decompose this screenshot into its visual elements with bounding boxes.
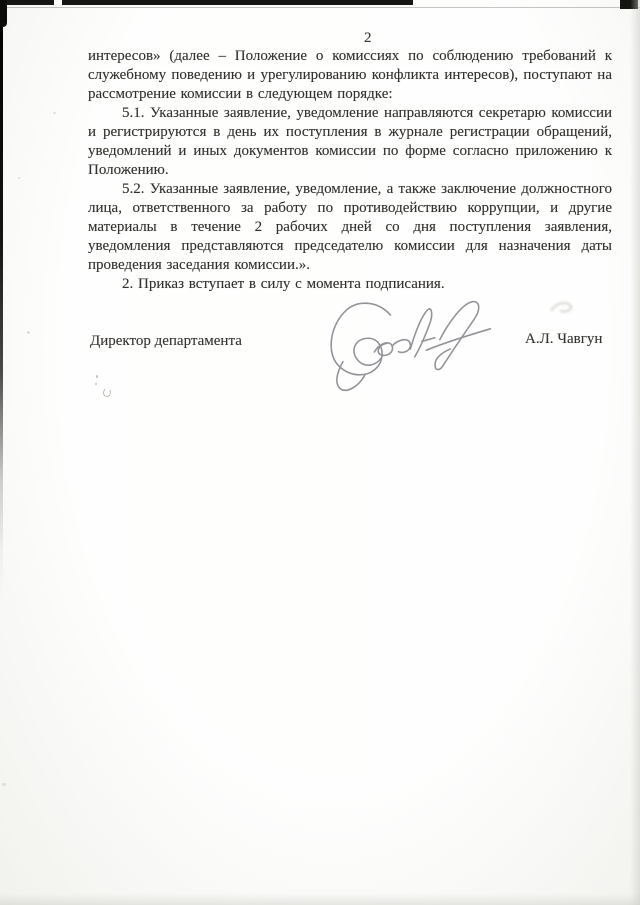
- document-body: интересов» (далее – Положение о комиссия…: [88, 47, 612, 294]
- paragraph-5-1: 5.1. Указанные заявление, уведомление на…: [88, 104, 612, 180]
- scan-edge-top-line: [0, 7, 640, 8]
- paragraph-order: 2. Приказ вступает в силу с момента подп…: [88, 275, 612, 294]
- scan-edge-bottom-shade: [0, 893, 640, 905]
- scan-edge-right-shade: [630, 0, 640, 905]
- scan-speck: [95, 383, 97, 385]
- page-number: 2: [364, 30, 372, 47]
- scan-speck: [53, 112, 56, 114]
- ink-smudge: [548, 299, 578, 317]
- scanned-document-page: 2 интересов» (далее – Положение о комисс…: [0, 0, 640, 905]
- scan-speck-curl: [102, 387, 112, 397]
- scan-speck: [27, 331, 30, 334]
- paragraph-5-2: 5.2. Указанные заявление, уведомление, а…: [88, 180, 612, 275]
- scan-edge-top-notch: [54, 0, 62, 5]
- paragraph-intro: интересов» (далее – Положение о комиссия…: [88, 47, 612, 104]
- scan-edge-left: [0, 0, 3, 600]
- signer-position-title: Директор департамента: [90, 333, 242, 350]
- scan-speck: [96, 375, 98, 378]
- handwritten-signature: [320, 289, 503, 396]
- signer-name: А.Л. Чавгун: [525, 331, 602, 348]
- scan-speck: [2, 783, 6, 786]
- scan-speck: [18, 177, 20, 179]
- scan-edge-left-blob: [0, 0, 7, 27]
